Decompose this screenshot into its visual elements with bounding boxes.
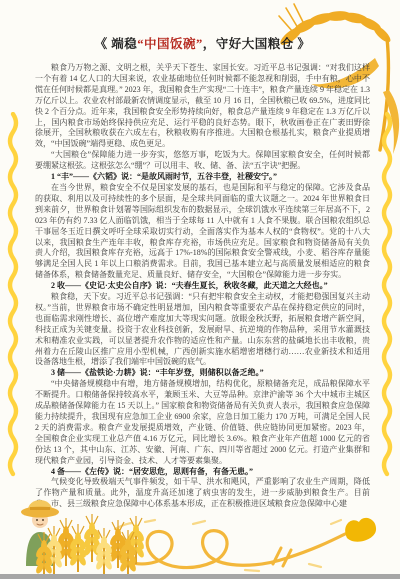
document-page: 《 端稳“中国饭碗”，守好大国粮仓 》 粮食乃万物之源、文明之根，关乎天下苍生、… [0, 0, 400, 579]
title-suffix: ，守好大国粮仓 》 [203, 37, 311, 51]
section-heading-1: 1 “丰”——《六韬》说：“是故风雨时节，五谷丰登，社稷安宁。” [35, 172, 370, 183]
paragraph: “大国粮仓”保障能力进一步夯实，悠悠万事，吃饭为大。保障国家粮食安全，任何时候都… [35, 150, 370, 172]
page-title: 《 端稳“中国饭碗”，守好大国粮仓 》 [35, 34, 370, 52]
section-heading-2: 2 收——《史记·太史公自序》说：“夫春生夏长，秋收冬藏，此天道之大经也。” [35, 281, 370, 292]
title-prefix: 《 端稳 [95, 37, 138, 51]
wavy-line-left-icon [5, 112, 21, 478]
paragraph: 在当今世界，粮食安全不仅是国家发展的基石，也是国际和平与稳定的保障。它涉及食品的… [35, 183, 370, 281]
paragraph: 气候变化导致极端天气事件频发，如干旱、洪水和飓风，严重影响了农业生产周期，降低了… [35, 477, 370, 510]
wavy-line-right-icon [379, 112, 395, 478]
page-bottom-edge [0, 574, 400, 579]
section-heading-4: 4 备——《左传》说：“居安思危，思则有备，有备无患。” [35, 467, 370, 478]
title-highlight: “中国饭碗” [137, 37, 203, 51]
intro-paragraph: 粮食乃万物之源、文明之根，关乎天下苍生、家国长安。习近平总书记强调：“对我们这样… [35, 63, 370, 150]
article-body: 《 端稳“中国饭碗”，守好大国粮仓 》 粮食乃万物之源、文明之根，关乎天下苍生、… [35, 34, 370, 510]
section-heading-3: 3 储——《盐铁论·力耕》说：“丰年岁登，则储积以备乏绝。” [35, 368, 370, 379]
swirl-flourish-icon [95, 515, 395, 575]
paragraph: “中央储备规模稳中有增，地方储备规模增加，结构优化，原粮储备充足，成品粮保障水平… [35, 379, 370, 466]
paragraph: 粮食稳，天下安。习近平总书记强调：“只有把牢粮食安全主动权，才能把稳强国复兴主动… [35, 292, 370, 368]
